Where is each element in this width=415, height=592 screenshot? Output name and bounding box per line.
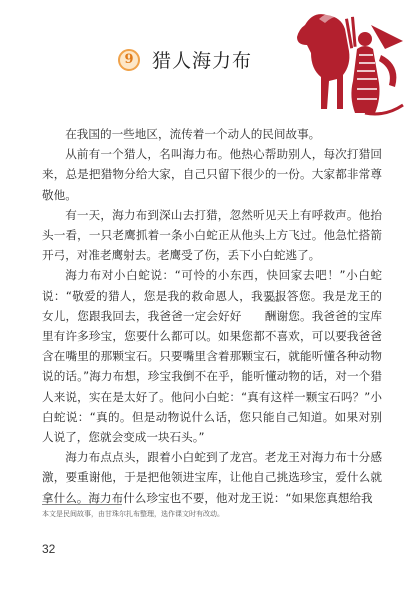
- paragraph: 海力布点点头，跟着小白蛇到了龙宫。老龙王对海力布十分感激，要重谢他，于是把他领进…: [42, 447, 382, 508]
- footnote: 本文是民间故事，由甘珠尔扎布整理，选作课文时有改动。: [42, 509, 224, 519]
- paragraph-text: 谢您。我爸爸的宝库里有许多珍宝，您要什么都可以。如果您都不喜欢，可以要我爸爸含在…: [42, 309, 382, 444]
- story-body: 在我国的一些地区，流传着一个动人的民间故事。 从前有一个猎人，名叫海力布。他热心…: [42, 124, 382, 508]
- lesson-title: 猎人海力布: [152, 46, 252, 73]
- paragraph: 在我国的一些地区，流传着一个动人的民间故事。: [42, 124, 382, 144]
- paragraph: 从前有一个猎人，名叫海力布。他热心帮助别人，每次打猎回来，总是把猎物分给大家，自…: [42, 144, 382, 205]
- pinyin-annotation: chóu: [242, 297, 277, 305]
- papercut-horse-hunter-illustration: [285, 5, 405, 125]
- annotated-char: 酬: [265, 309, 277, 323]
- footnote-divider: [42, 504, 122, 505]
- lesson-number-badge: 9: [118, 49, 140, 71]
- pinyin-annotated-char: chóu酬: [242, 306, 277, 326]
- paragraph-with-pinyin: 海力布对小白蛇说：“可怜的小东西，快回家去吧！”小白蛇说：“敬爱的猎人，您是我的…: [42, 265, 382, 447]
- lesson-header: 9 猎人海力布: [118, 46, 252, 73]
- page-number: 32: [42, 542, 55, 556]
- paragraph: 有一天，海力布到深山去打猎，忽然听见天上有呼救声。他抬头一看，一只老鹰抓着一条小…: [42, 205, 382, 266]
